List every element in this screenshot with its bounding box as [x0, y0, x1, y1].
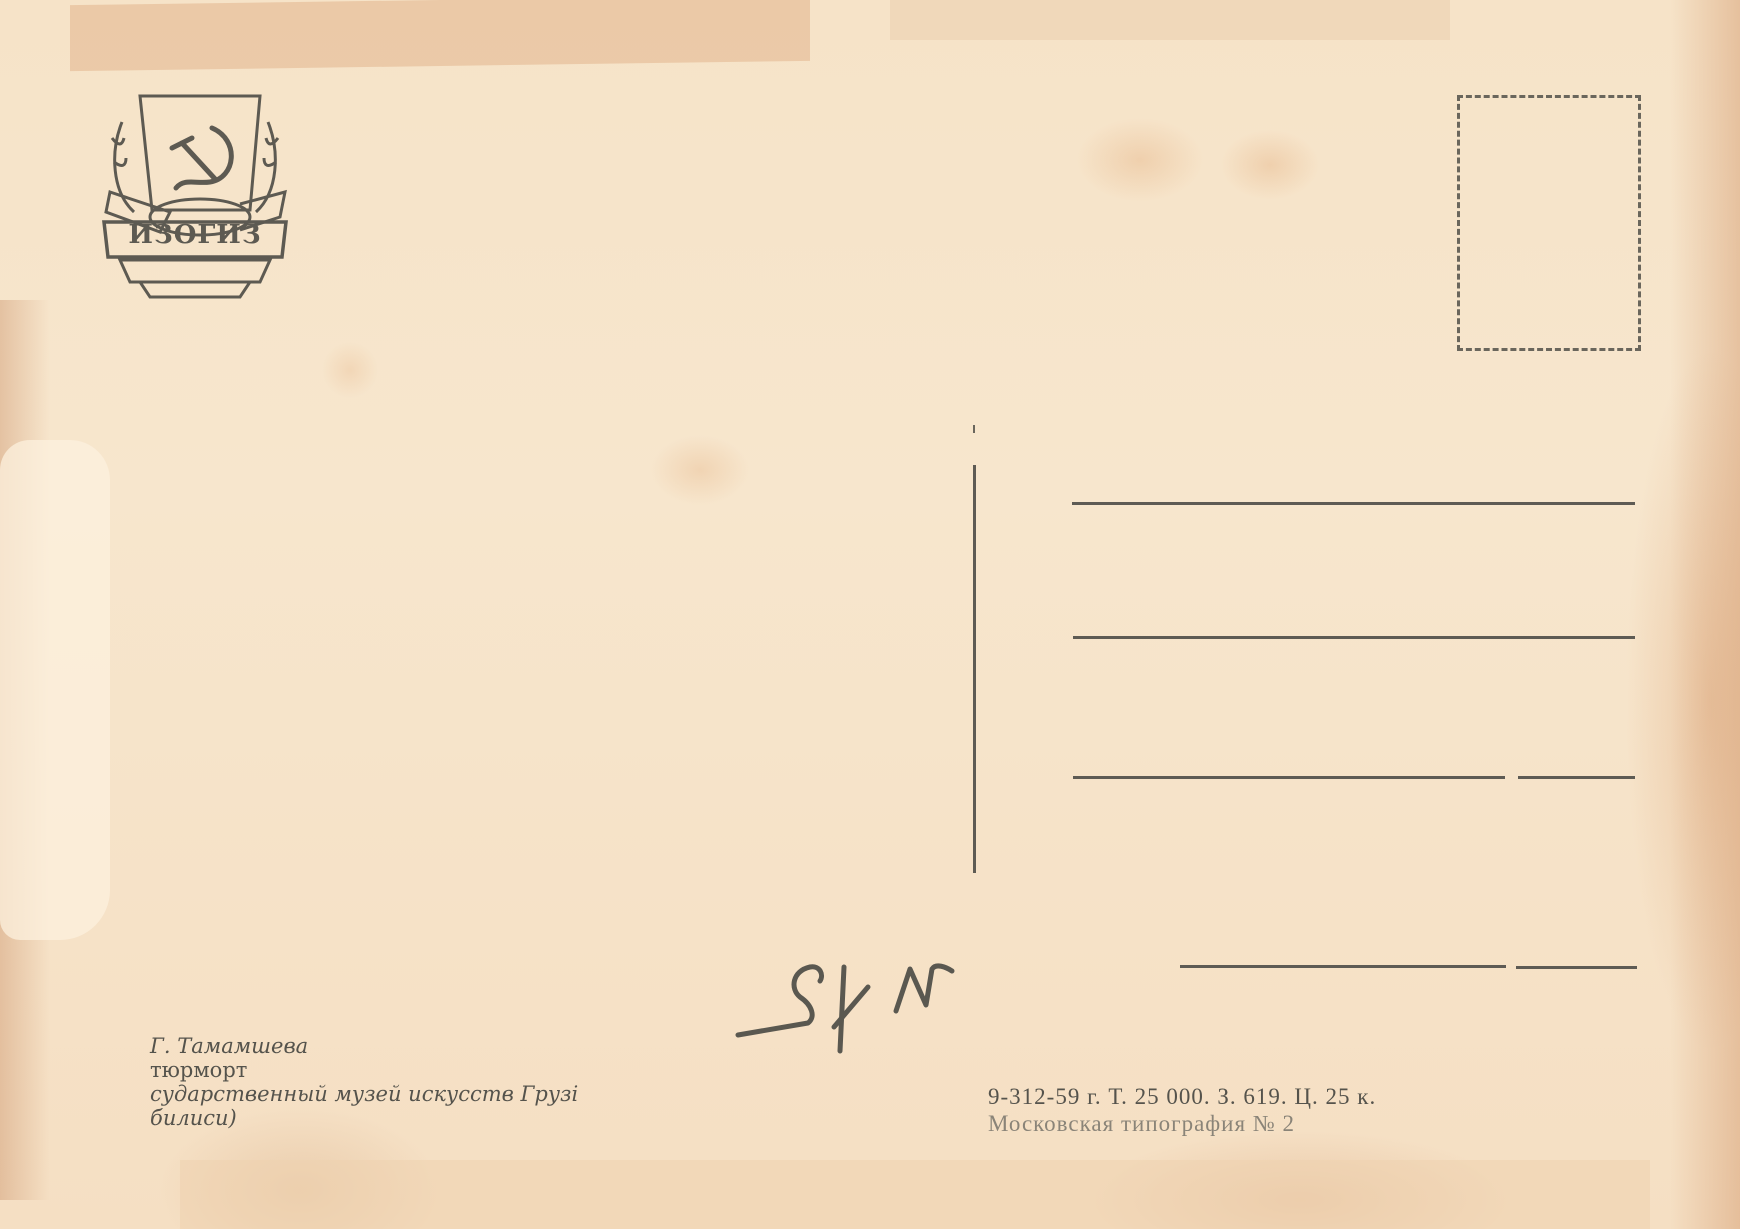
age-stain: [1670, 0, 1740, 1229]
print-imprint: 9-312-59 г. Т. 25 000. З. 619. Ц. 25 к. …: [988, 1083, 1376, 1137]
glued-paper-remnant: [180, 1160, 1650, 1229]
address-line-1: [1072, 502, 1635, 505]
stamp-placeholder: [1457, 95, 1641, 351]
artwork-caption: Г. Тамамшева тюрморт сударственный музей…: [150, 1034, 578, 1130]
address-line-2: [1073, 636, 1635, 639]
address-line-4b: [1516, 966, 1637, 969]
address-line-3b: [1518, 776, 1635, 779]
caption-title: тюрморт: [150, 1058, 578, 1082]
publisher-name: ИЗОГИЗ: [110, 220, 280, 250]
tape-residue: [70, 0, 810, 71]
hammer-and-sickle-icon: [100, 92, 290, 302]
tape-residue: [890, 0, 1450, 40]
caption-artist: Г. Тамамшева: [150, 1034, 578, 1058]
peeled-paper-area: [0, 440, 110, 940]
caption-city: билиси): [150, 1106, 578, 1130]
postcard-back: ИЗОГИЗ Г. Тамамшева тюрморт сударственны…: [0, 0, 1740, 1229]
imprint-line-1: 9-312-59 г. Т. 25 000. З. 619. Ц. 25 к.: [988, 1083, 1376, 1110]
address-line-4a: [1180, 965, 1506, 968]
address-line-3a: [1073, 776, 1505, 779]
divider-tick: [973, 425, 975, 433]
imprint-line-2: Московская типография № 2: [988, 1110, 1376, 1137]
handwritten-note: [720, 945, 960, 1065]
address-divider: [973, 465, 976, 873]
caption-collection: сударственный музей искусств Грузі: [150, 1082, 578, 1106]
publisher-logo: ИЗОГИЗ: [100, 92, 290, 302]
